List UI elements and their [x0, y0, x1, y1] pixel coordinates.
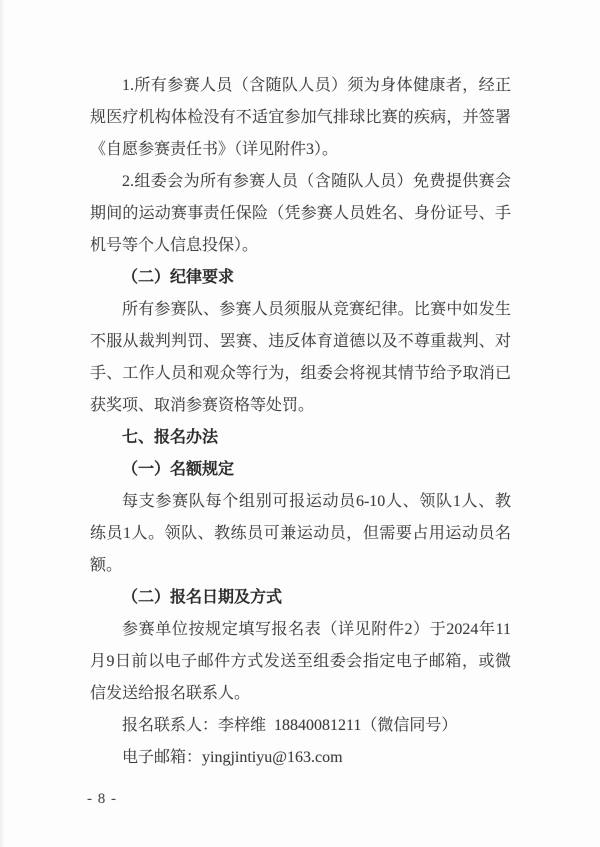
page-number: - 8 - [87, 789, 117, 809]
section-heading-discipline: （二）纪律要求 [90, 262, 511, 294]
section-heading-date-method: （二）报名日期及方式 [90, 582, 511, 614]
paragraph-insurance: 2.组委会为所有参赛人员（含随队人员）免费提供赛会期间的运动赛事责任保险（凭参赛… [90, 166, 511, 262]
paragraph-contact-person: 报名联系人：李梓维 18840081211（微信同号） [90, 710, 511, 742]
document-page: 1.所有参赛人员（含随队人员）须为身体健康者，经正规医疗机构体检没有不适宜参加气… [0, 0, 600, 847]
paragraph-registration-method: 参赛单位按规定填写报名表（详见附件2）于2024年11月9日前以电子邮件方式发送… [90, 614, 511, 710]
paragraph-discipline-rules: 所有参赛队、参赛人员须服从竞赛纪律。比赛中如发生不服从裁判判罚、罢赛、违反体育道… [90, 294, 511, 422]
paragraph-contact-email: 电子邮箱：yingjintiyu@163.com [90, 742, 511, 774]
paragraph-health-requirement: 1.所有参赛人员（含随队人员）须为身体健康者，经正规医疗机构体检没有不适宜参加气… [90, 70, 511, 166]
section-heading-quota: （一）名额规定 [90, 454, 511, 486]
section-heading-registration: 七、报名办法 [90, 422, 511, 454]
paragraph-quota-rules: 每支参赛队每个组别可报运动员6-10人、领队1人、教练员1人。领队、教练员可兼运… [90, 486, 511, 582]
document-body: 1.所有参赛人员（含随队人员）须为身体健康者，经正规医疗机构体检没有不适宜参加气… [90, 70, 511, 774]
